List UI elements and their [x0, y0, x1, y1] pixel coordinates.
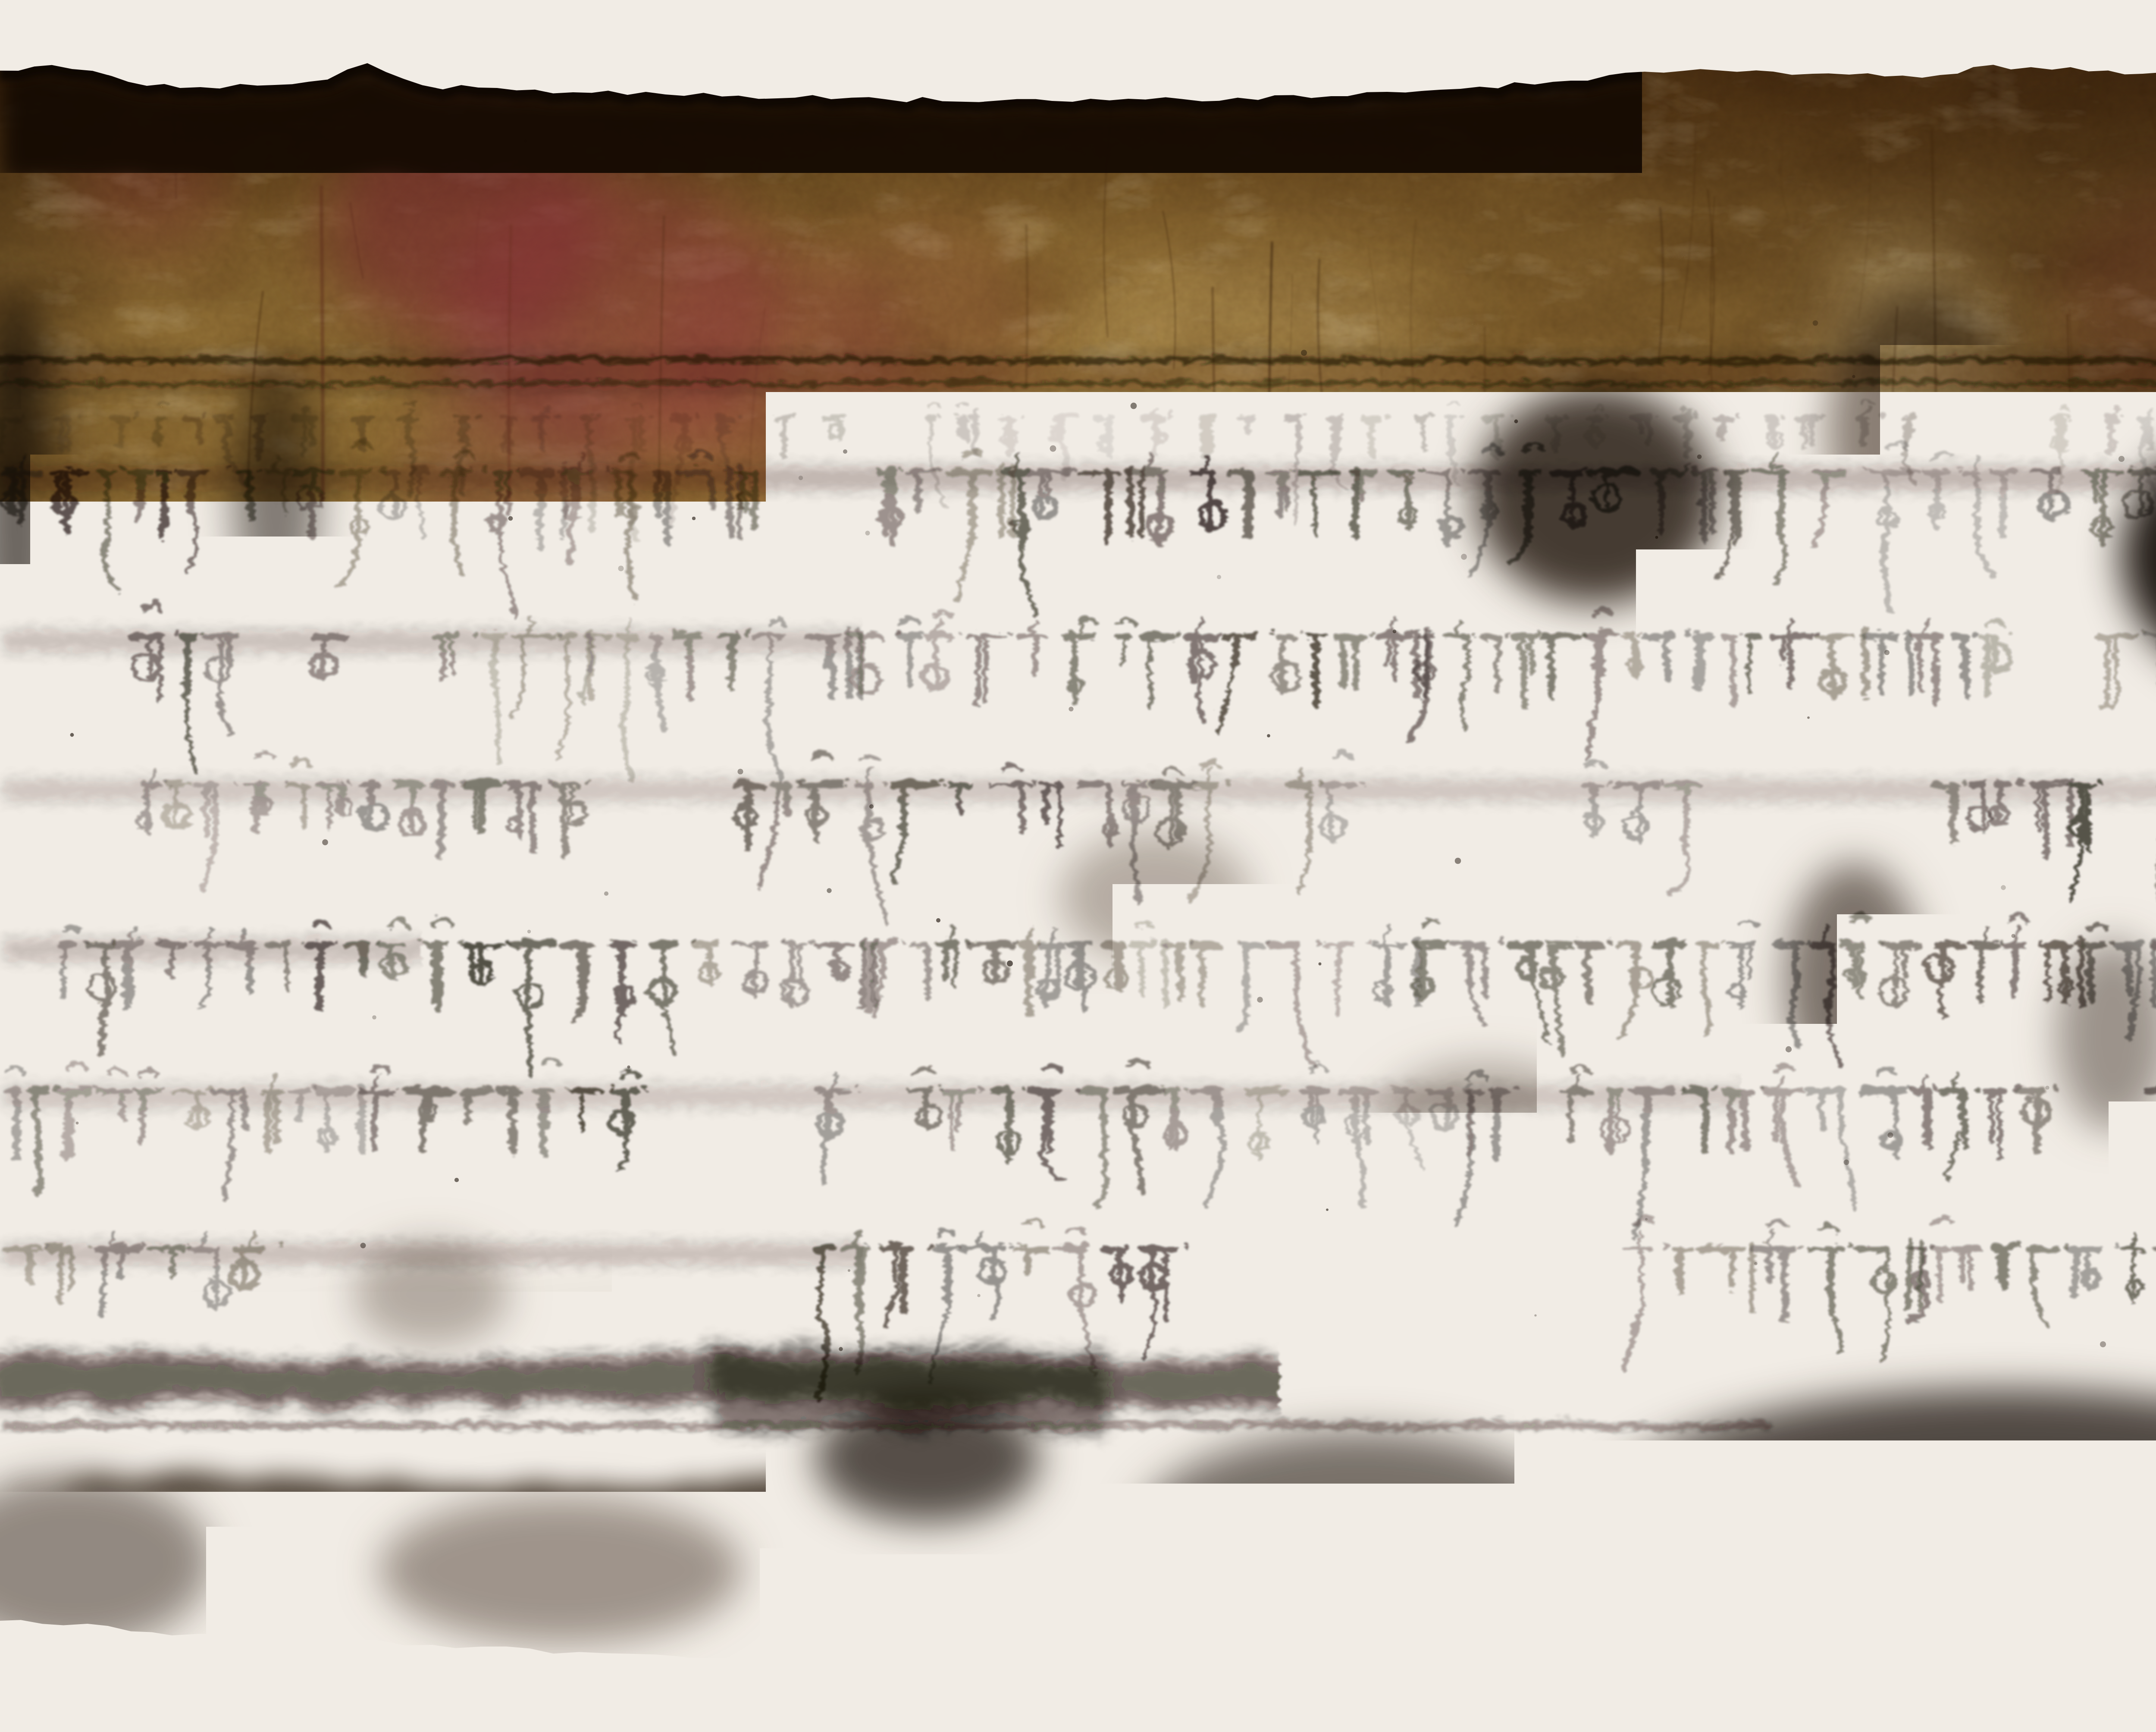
- manuscript-photograph: [0, 0, 2156, 1732]
- glyph: [1197, 416, 1212, 452]
- paper-sheet: [0, 0, 2156, 1732]
- photo-canvas: [0, 0, 2156, 1732]
